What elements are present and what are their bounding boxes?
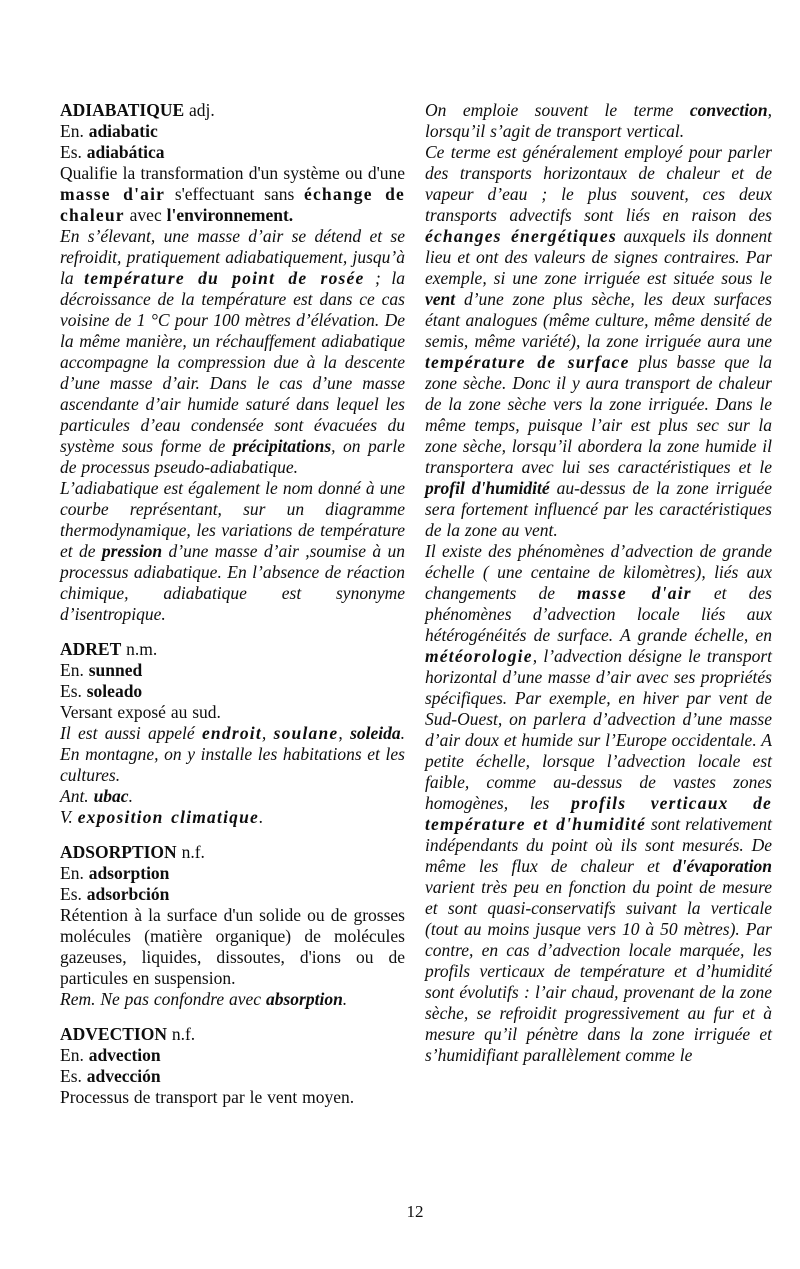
headword: ADRET n.m. bbox=[60, 639, 405, 660]
entry-adiabatique: ADIABATIQUE adj. En. adiabatic Es. adiab… bbox=[60, 100, 405, 625]
headword: ADVECTION n.f. bbox=[60, 1024, 405, 1045]
antonym-line: Ant. ubac. bbox=[60, 786, 405, 807]
headword: ADSORPTION n.f. bbox=[60, 842, 405, 863]
definition: Rétention à la surface d'un solide ou de… bbox=[60, 905, 405, 989]
remark-paragraph: Il est aussi appelé endroit, soulane, so… bbox=[60, 723, 405, 786]
remark-paragraph: L’adiabatique est également le nom donné… bbox=[60, 478, 405, 625]
spanish-term-line: Es. adiabática bbox=[60, 142, 405, 163]
remark-paragraph: Rem. Ne pas confondre avec absorption. bbox=[60, 989, 405, 1010]
entry-advection: ADVECTION n.f. En. advection Es. advecci… bbox=[60, 1024, 405, 1108]
english-term-line: En. sunned bbox=[60, 660, 405, 681]
left-column: ADIABATIQUE adj. En. adiabatic Es. adiab… bbox=[60, 100, 405, 1108]
see-also-line: V. exposition climatique. bbox=[60, 807, 405, 828]
english-term-line: En. adiabatic bbox=[60, 121, 405, 142]
english-term-line: En. adsorption bbox=[60, 863, 405, 884]
remark-paragraph: En s’élevant, une masse d’air se détend … bbox=[60, 226, 405, 478]
text-columns: ADIABATIQUE adj. En. adiabatic Es. adiab… bbox=[60, 100, 772, 1108]
page-number: 12 bbox=[60, 1202, 770, 1222]
english-term-line: En. advection bbox=[60, 1045, 405, 1066]
right-column: On emploie souvent le terme convection, … bbox=[425, 100, 772, 1108]
continuation-paragraph: On emploie souvent le terme convection, … bbox=[425, 100, 772, 142]
continuation-paragraph: Ce terme est généralement employé pour p… bbox=[425, 142, 772, 541]
continuation-paragraph: Il existe des phénomènes d’advection de … bbox=[425, 541, 772, 1066]
entry-adret: ADRET n.m. En. sunned Es. soleado Versan… bbox=[60, 639, 405, 828]
spanish-term-line: Es. adsorbción bbox=[60, 884, 405, 905]
entry-adsorption: ADSORPTION n.f. En. adsorption Es. adsor… bbox=[60, 842, 405, 1010]
definition: Processus de transport par le vent moyen… bbox=[60, 1087, 405, 1108]
spanish-term-line: Es. soleado bbox=[60, 681, 405, 702]
definition: Versant exposé au sud. bbox=[60, 702, 405, 723]
definition: Qualifie la transformation d'un système … bbox=[60, 163, 405, 226]
headword: ADIABATIQUE adj. bbox=[60, 100, 405, 121]
spanish-term-line: Es. advección bbox=[60, 1066, 405, 1087]
